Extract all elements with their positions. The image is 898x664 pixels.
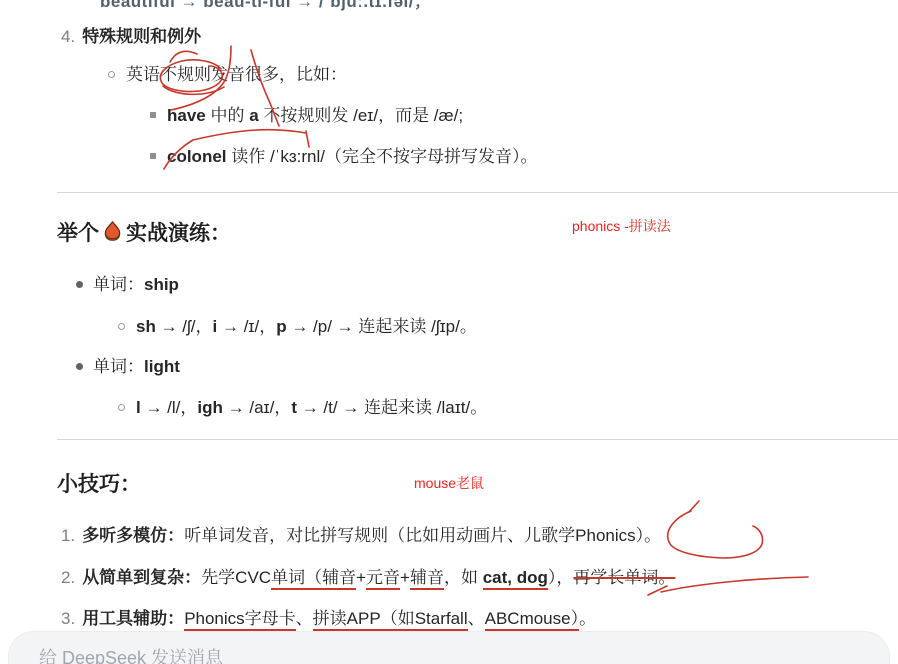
- section-divider: [57, 192, 898, 193]
- text-segment: 用工具辅助：: [82, 609, 184, 628]
- text-segment: → /l/，: [141, 398, 198, 417]
- list-item-ship-breakdown: sh → /ʃ/，i → /ɪ/，p → /p/ → 连起来读 /ʃɪp/。: [118, 316, 477, 338]
- list-number: 2.: [61, 568, 75, 587]
- text-segment: 再学长单词。: [573, 568, 675, 587]
- text-segment: APP（如Starfall: [347, 609, 468, 631]
- text-segment: 单词：: [93, 275, 144, 294]
- text-segment: Phonics字母卡: [184, 609, 295, 631]
- text-segment: sh: [136, 317, 156, 336]
- text-segment: igh: [197, 398, 223, 417]
- circle-bullet-icon: [108, 71, 115, 78]
- text-segment: 先学CVC: [201, 568, 271, 587]
- list-item-tip1: 1.多听多模仿：听单词发音，对比拼写规则（比如用动画片、儿歌学Phonics）。: [61, 525, 661, 547]
- text-segment: 单词：: [93, 357, 144, 376]
- text-segment: 辅音: [410, 568, 444, 590]
- list-item-ship: 单词：ship: [76, 274, 179, 296]
- chat-input[interactable]: 给 DeepSeek 发送消息: [8, 631, 890, 664]
- text-segment: +: [356, 568, 366, 587]
- circle-bullet-icon: [118, 323, 125, 330]
- list-item-tip3: 3.用工具辅助：Phonics字母卡、拼读APP（如Starfall、ABCmo…: [61, 608, 596, 630]
- circle-bullet-icon: [118, 404, 125, 411]
- list-item-irregular: 英语不规则发音很多，比如：: [108, 64, 347, 86]
- chat-message-document: beautiful → beau-ti-ful → /ˈbjuː.tɪ.fəl/…: [0, 0, 898, 664]
- chestnut-emoji-icon: [101, 225, 124, 248]
- disc-bullet-icon: [76, 363, 83, 370]
- list-number: 3.: [61, 609, 75, 628]
- text-segment: → /ʃ/，: [156, 317, 213, 336]
- list-number: 4.: [61, 27, 75, 46]
- text-segment: +: [400, 568, 410, 587]
- list-item-light-breakdown: l → /l/，igh → /aɪ/，t → /t/ → 连起来读 /laɪt/…: [118, 397, 487, 419]
- text-segment: 、: [296, 609, 313, 628]
- red-note-phonics: phonics -拼读法: [572, 216, 671, 236]
- text-segment: 不按规则发 /eɪ/，而是 /æ/;: [259, 106, 463, 125]
- text-segment: 单词（辅音: [271, 568, 356, 590]
- text-segment: 。: [579, 609, 596, 628]
- tips-section-heading: 小技巧：: [57, 468, 141, 498]
- text-segment: cat, dog: [483, 568, 548, 590]
- list-item-tip2: 2.从简单到复杂：先学CVC单词（辅音+元音+辅音，如 cat, dog），再学…: [61, 567, 675, 589]
- section-divider: [57, 439, 898, 440]
- text-segment: a: [249, 106, 258, 125]
- list-number: 1.: [61, 526, 75, 545]
- list-item-have: have 中的 a 不按规则发 /eɪ/，而是 /æ/;: [150, 105, 463, 127]
- disc-bullet-icon: [76, 281, 83, 288]
- text-segment: light: [144, 357, 180, 376]
- text-segment: 拼读: [313, 609, 347, 631]
- text-segment: 听单词发音，对比拼写规则（比如用动画片、儿歌学Phonics）。: [184, 526, 661, 545]
- chat-input-placeholder: 给 DeepSeek 发送消息: [39, 644, 223, 664]
- text-segment: ），: [548, 568, 574, 587]
- text-segment: ，如: [444, 568, 483, 587]
- list-item-light: 单词：light: [76, 356, 180, 378]
- square-bullet-icon: [150, 153, 156, 159]
- text-segment: 、: [468, 609, 485, 628]
- text-segment: ABCmouse）: [485, 609, 579, 631]
- text-segment: 多听多模仿：: [82, 526, 184, 545]
- list-item-title: 特殊规则和例外: [82, 27, 201, 46]
- text-segment: → /aɪ/，: [223, 398, 291, 417]
- square-bullet-icon: [150, 112, 156, 118]
- text-segment: 从简单到复杂：: [82, 568, 201, 587]
- text-segment: have: [167, 106, 206, 125]
- list-item-colonel: colonel 读作 /ˈkɜ:rnl/（完全不按字母拼写发音）。: [150, 146, 537, 168]
- text-segment: ship: [144, 275, 179, 294]
- text-segment: 元音: [366, 568, 400, 590]
- text-segment: 中的: [206, 106, 249, 125]
- text-segment: colonel: [167, 147, 227, 166]
- text-segment: → /ɪ/，: [217, 317, 276, 336]
- text-segment: 读作 /ˈkɜ:rnl/（完全不按字母拼写发音）。: [227, 147, 538, 166]
- clipped-text-line: beautiful → beau-ti-ful → /ˈbjuː.tɪ.fəl/…: [100, 0, 431, 12]
- red-note-mouse: mouse老鼠: [414, 473, 484, 493]
- text-segment: → /p/ → 连起来读 /ʃɪp/。: [287, 317, 477, 336]
- list-item-special-rules: 4.特殊规则和例外: [61, 26, 201, 48]
- text-segment: p: [276, 317, 286, 336]
- text-segment: → /t/ → 连起来读 /laɪt/。: [297, 398, 487, 417]
- text-segment: 英语不规则发音很多，比如：: [126, 65, 347, 84]
- practice-section-heading: 举个实战演练：: [57, 217, 231, 249]
